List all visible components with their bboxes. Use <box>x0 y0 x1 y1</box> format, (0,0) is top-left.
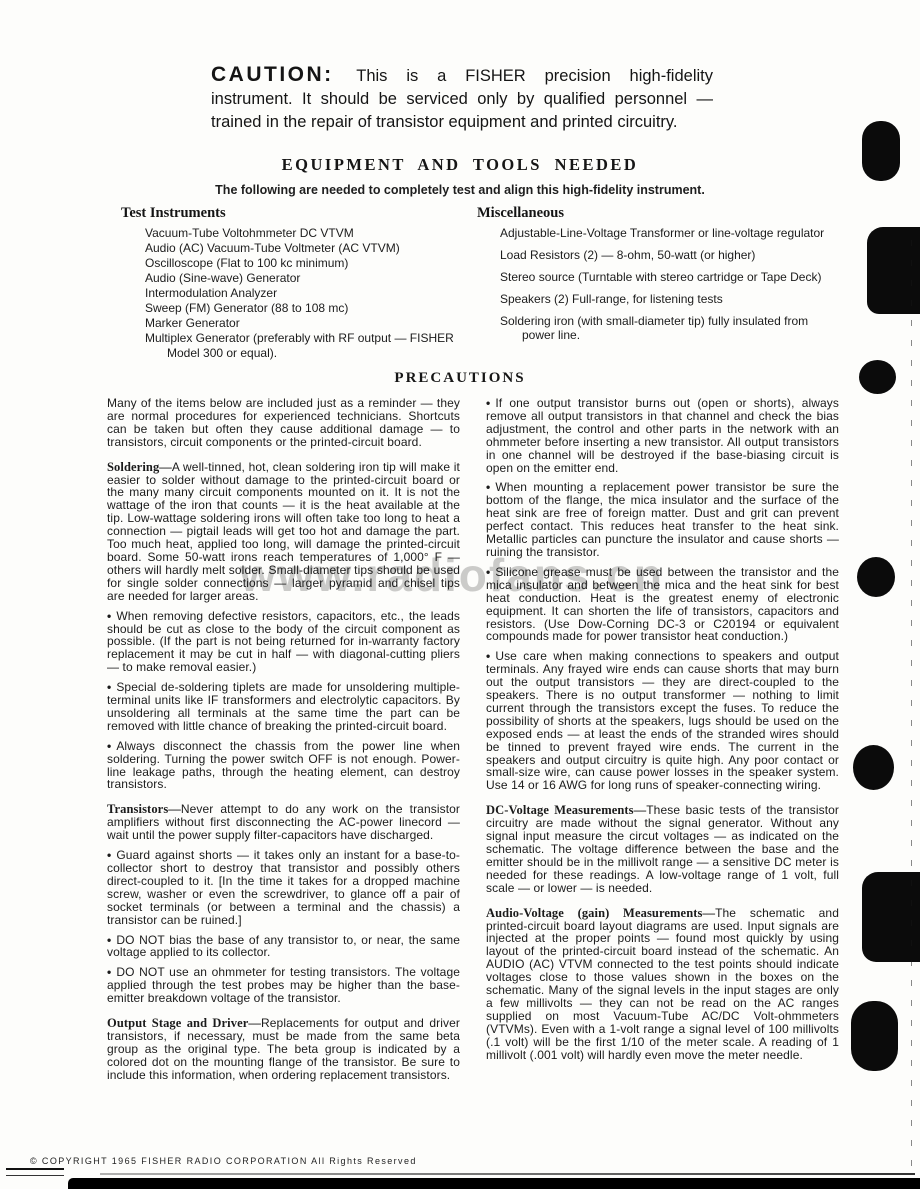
precautions-right-column: •If one output transistor burns out (ope… <box>486 397 839 1069</box>
precaution-paragraph: •DO NOT bias the base of any transistor … <box>107 934 460 960</box>
list-item: Adjustable-Line-Voltage Transformer or l… <box>500 226 835 240</box>
binding-mark <box>851 1001 898 1071</box>
precautions-left-column: Many of the items below are included jus… <box>107 397 460 1089</box>
equipment-subtitle: The following are needed to completely t… <box>0 183 920 197</box>
bullet-icon: • <box>486 649 495 663</box>
scan-footer-line-left <box>6 1168 64 1176</box>
miscellaneous-heading: Miscellaneous <box>477 205 564 222</box>
precaution-paragraph: Output Stage and Driver—Replacements for… <box>107 1017 460 1082</box>
bullet-icon: • <box>486 396 495 410</box>
copyright-footer: © COPYRIGHT 1965 FISHER RADIO CORPORATIO… <box>30 1156 417 1166</box>
bullet-icon: • <box>107 965 116 979</box>
list-item: Speakers (2) Full-range, for listening t… <box>500 292 835 306</box>
test-instruments-list: Vacuum-Tube Voltohmmeter DC VTVMAudio (A… <box>145 226 465 361</box>
miscellaneous-list: Adjustable-Line-Voltage Transformer or l… <box>500 226 835 350</box>
list-item: Audio (Sine-wave) Generator <box>145 271 465 286</box>
bottom-scan-bar <box>68 1178 920 1189</box>
precaution-paragraph: Transistors—Never attempt to do any work… <box>107 803 460 842</box>
list-item: Marker Generator <box>145 316 465 331</box>
precaution-paragraph: •Always disconnect the chassis from the … <box>107 740 460 792</box>
paragraph-lead: DC-Voltage Measurements— <box>486 803 646 817</box>
binding-mark <box>857 557 895 597</box>
precaution-paragraph: •Use care when making connections to spe… <box>486 650 839 792</box>
precaution-paragraph: Audio-Voltage (gain) Measurements—The sc… <box>486 907 839 1062</box>
binding-mark <box>859 360 896 394</box>
list-item: Stereo source (Turntable with stereo car… <box>500 270 835 284</box>
caution-label: CAUTION: <box>211 63 338 86</box>
scanned-manual-page: www.radiofans.cn CAUTION: This is a FISH… <box>0 0 920 1189</box>
binding-mark <box>853 745 894 790</box>
list-item: Intermodulation Analyzer <box>145 286 465 301</box>
precaution-paragraph: •When mounting a replacement power trans… <box>486 481 839 558</box>
binding-mark <box>867 227 920 314</box>
list-item: Oscilloscope (Flat to 100 kc minimum) <box>145 256 465 271</box>
paragraph-lead: Soldering— <box>107 460 172 474</box>
list-item: Audio (AC) Vacuum-Tube Voltmeter (AC VTV… <box>145 241 465 256</box>
binding-mark <box>862 121 900 181</box>
precaution-paragraph: •DO NOT use an ohmmeter for testing tran… <box>107 966 460 1005</box>
precautions-heading: PRECAUTIONS <box>0 370 920 387</box>
precaution-paragraph: Soldering—A well-tinned, hot, clean sold… <box>107 461 460 603</box>
caution-block: CAUTION: This is a FISHER precision high… <box>211 63 713 134</box>
test-instruments-heading: Test Instruments <box>121 205 226 222</box>
scan-footer-line <box>100 1173 915 1175</box>
bullet-icon: • <box>486 565 495 579</box>
precaution-paragraph: •Guard against shorts — it takes only an… <box>107 849 460 926</box>
list-item: Multiplex Generator (preferably with RF … <box>145 331 465 361</box>
equipment-heading: EQUIPMENT AND TOOLS NEEDED <box>0 155 920 175</box>
bullet-icon: • <box>486 480 495 494</box>
precaution-paragraph: •Special de-soldering tiplets are made f… <box>107 681 460 733</box>
bullet-icon: • <box>107 680 116 694</box>
scan-edge-line <box>911 240 912 1170</box>
precaution-paragraph: •Silicone grease must be used between th… <box>486 566 839 643</box>
list-item: Soldering iron (with small-diameter tip)… <box>500 314 835 342</box>
list-item: Sweep (FM) Generator (88 to 108 mc) <box>145 301 465 316</box>
paragraph-lead: Audio-Voltage (gain) Measurements— <box>486 906 715 920</box>
bullet-icon: • <box>107 609 116 623</box>
paragraph-lead: Transistors— <box>107 802 181 816</box>
list-item: Vacuum-Tube Voltohmmeter DC VTVM <box>145 226 465 241</box>
bullet-icon: • <box>107 739 116 753</box>
list-item: Load Resistors (2) — 8-ohm, 50-watt (or … <box>500 248 835 262</box>
bullet-icon: • <box>107 933 116 947</box>
precaution-paragraph: Many of the items below are included jus… <box>107 397 460 449</box>
precaution-paragraph: •When removing defective resistors, capa… <box>107 610 460 675</box>
precaution-paragraph: •If one output transistor burns out (ope… <box>486 397 839 474</box>
bullet-icon: • <box>107 848 116 862</box>
precaution-paragraph: DC-Voltage Measurements—These basic test… <box>486 804 839 894</box>
paragraph-lead: Output Stage and Driver— <box>107 1016 261 1030</box>
